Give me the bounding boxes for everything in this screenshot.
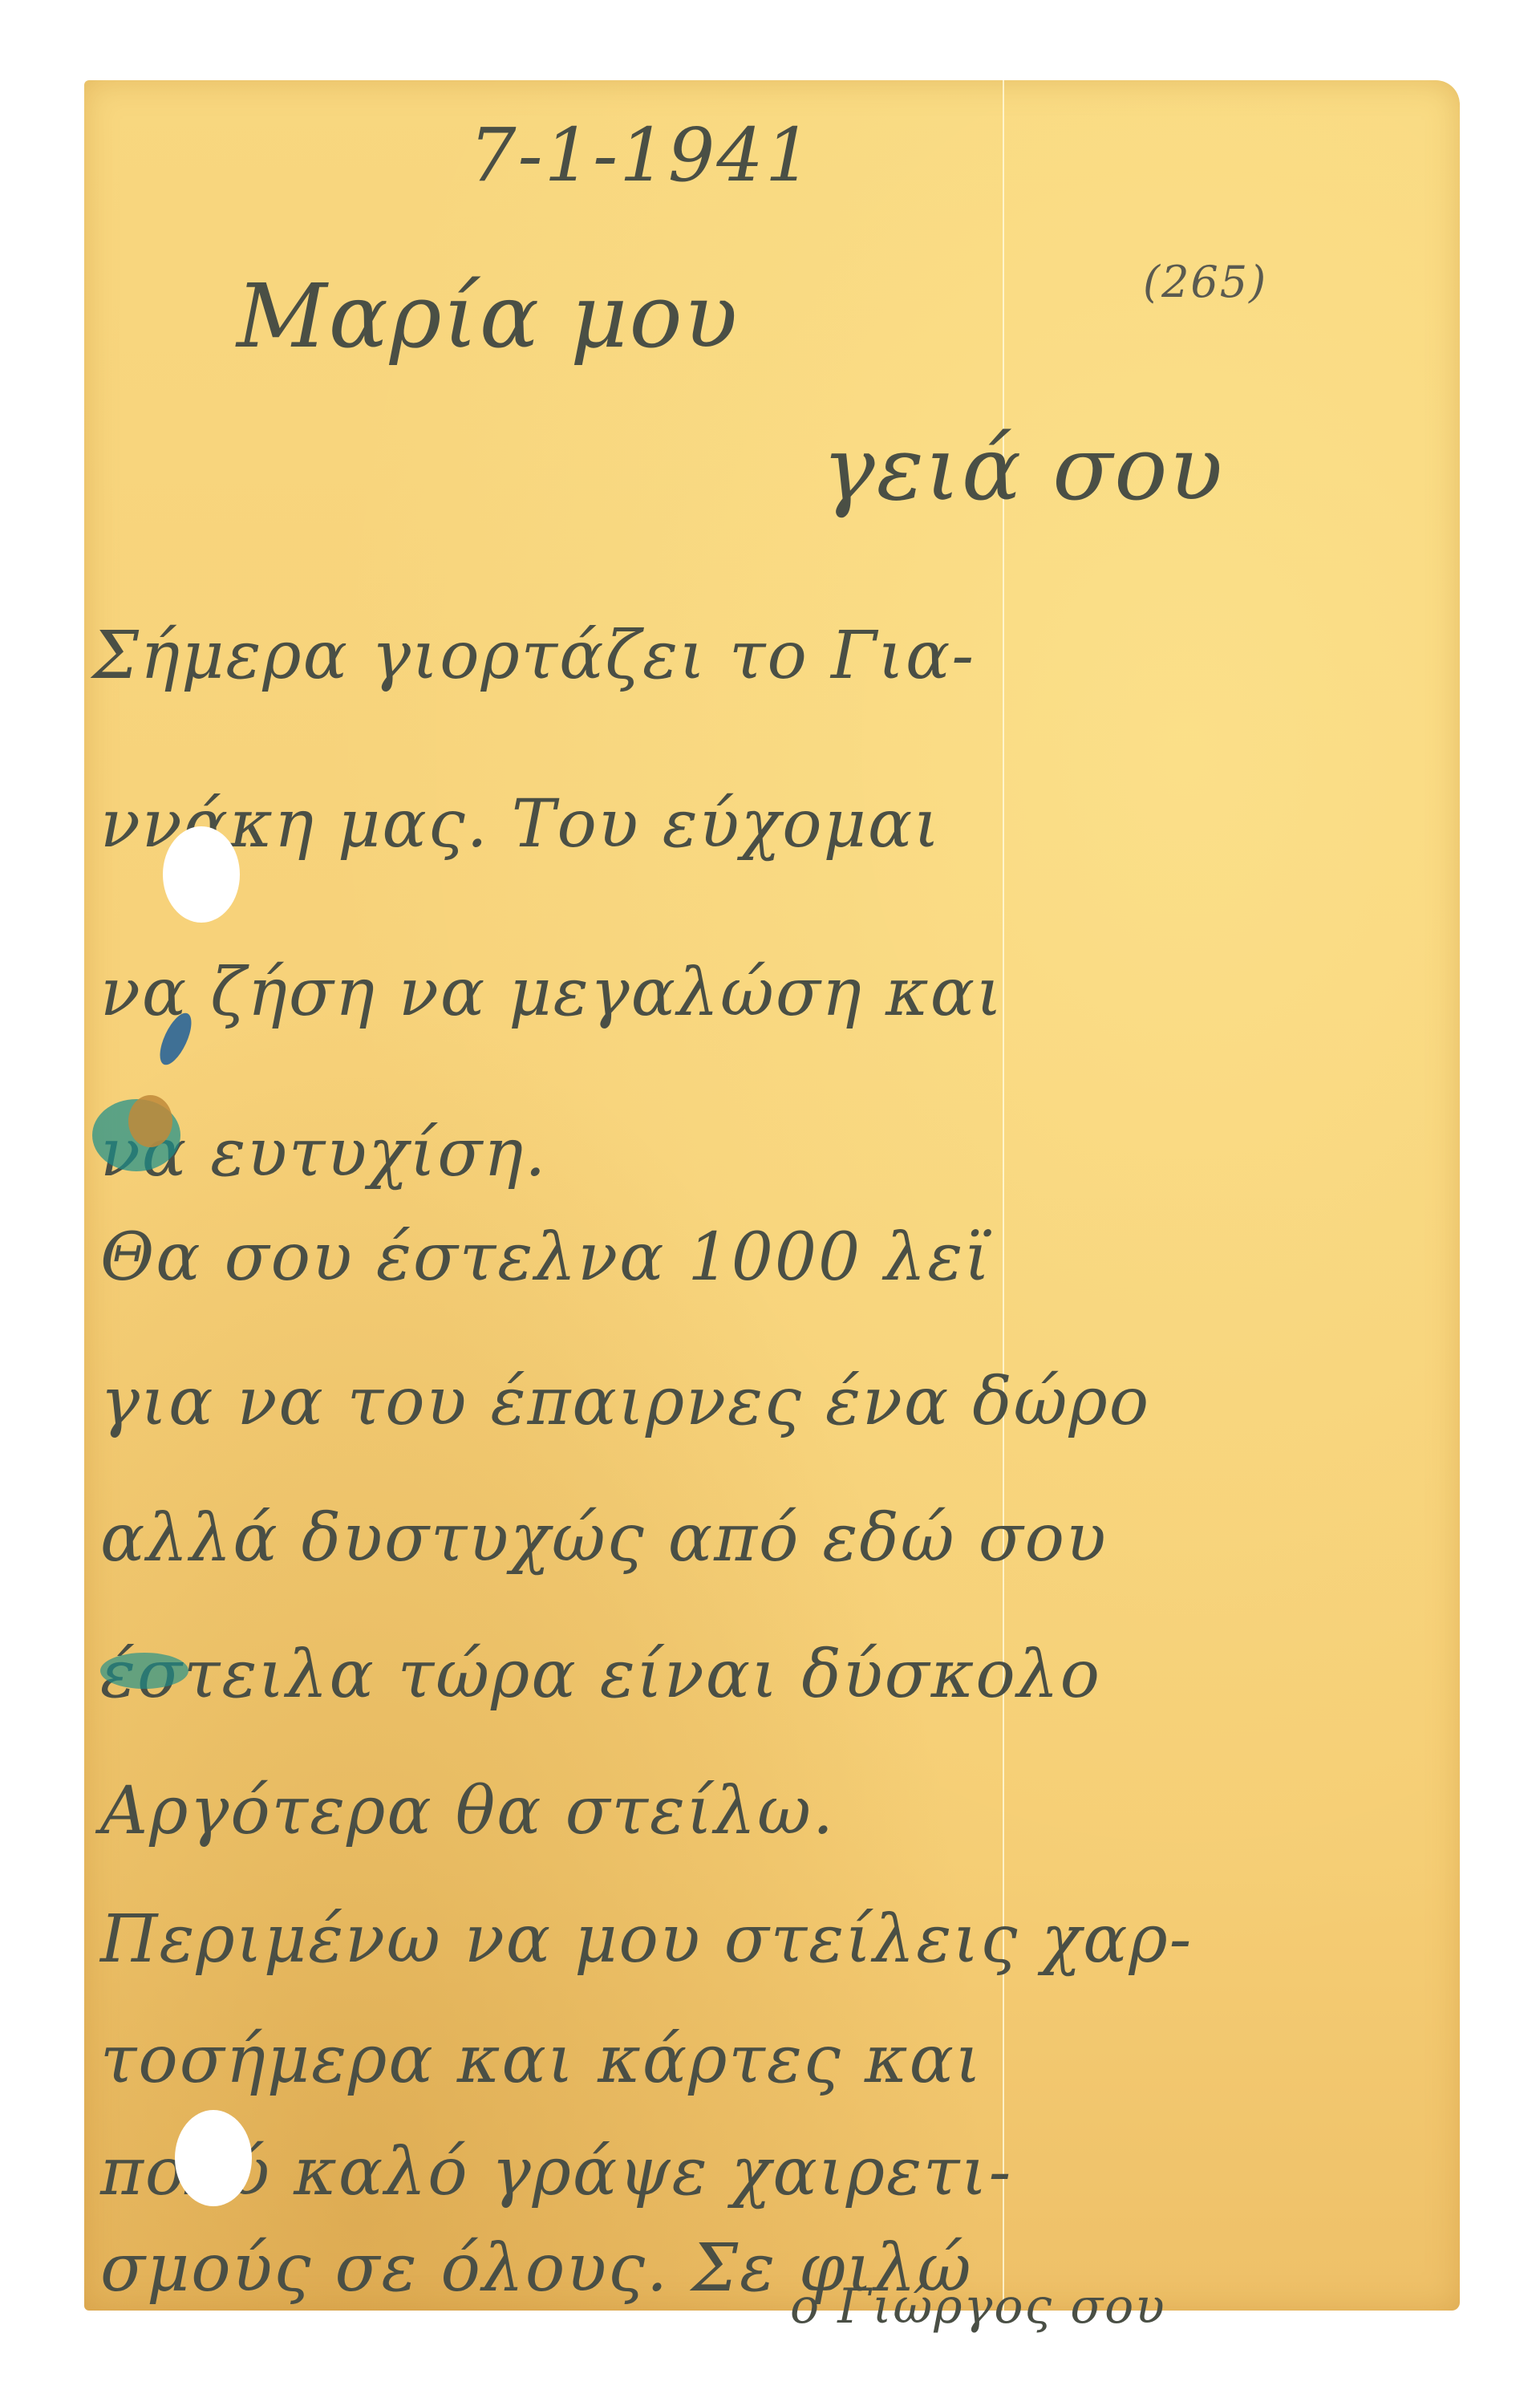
letter-paper: 7-1-1941 (265) Μαρία μου γειά σου Σήμερα… xyxy=(84,80,1460,2311)
reference-number: (265) xyxy=(1143,257,1267,307)
letter-line: να ζήση να μεγαλώση και xyxy=(100,955,1003,1031)
letter-line: Αργότερα θα στείλω. xyxy=(100,1773,835,1849)
letter-line: Θα σου έστελνα 1000 λεϊ xyxy=(100,1219,991,1296)
salutation-line-1: Μαρία μου xyxy=(237,265,740,367)
letter-signature: ο Γιώργος σου xyxy=(790,2278,1166,2335)
ink-stain xyxy=(100,1653,188,1689)
letter-date: 7-1-1941 xyxy=(469,112,813,198)
salutation-line-2: γειά σου xyxy=(822,417,1224,520)
letter-line: έστειλα τώρα είναι δύσκολο xyxy=(100,1637,1101,1713)
letter-line: αλλά δυστυχώς από εδώ σου xyxy=(100,1500,1108,1576)
letter-line: για να του έπαιρνες ένα δώρο xyxy=(100,1364,1150,1440)
punch-hole xyxy=(175,2110,252,2206)
ink-stain xyxy=(128,1095,172,1147)
letter-line: Σήμερα γιορτάζει το Για- xyxy=(92,618,975,694)
letter-line: Περιμένω να μου στείλεις χαρ- xyxy=(100,1901,1193,1978)
letter-line: τοσήμερα και κάρτες και xyxy=(100,2022,983,2098)
punch-hole xyxy=(163,826,240,923)
